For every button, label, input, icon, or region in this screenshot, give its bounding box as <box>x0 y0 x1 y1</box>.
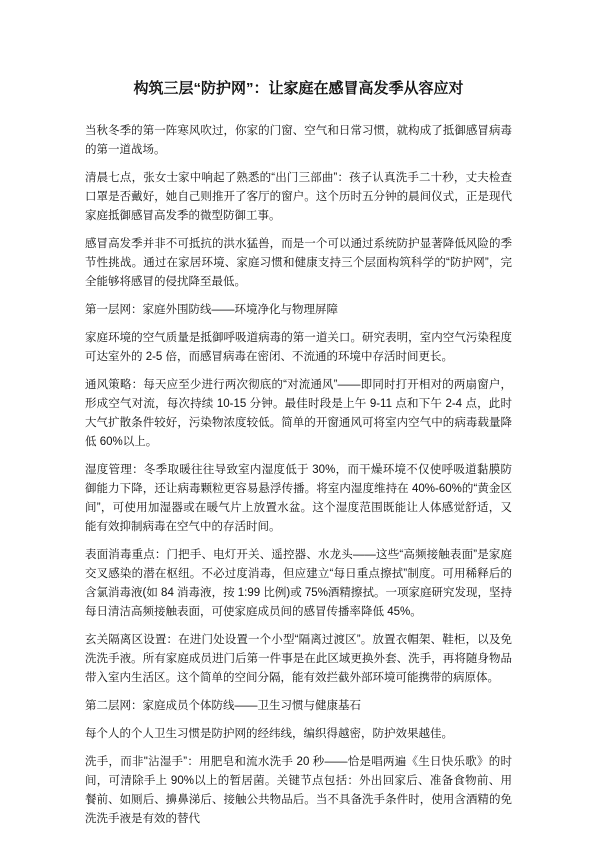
document-page: 构筑三层“防护网”：让家庭在感冒高发季从容应对 当秋冬季的第一阵寒风吹过，你家的… <box>0 0 595 841</box>
paragraph-intro-1: 当秋冬季的第一阵寒风吹过，你家的门窗、空气和日常习惯，就构成了抵御感冒病毒的第一… <box>85 122 512 160</box>
paragraph-intro-3: 感冒高发季并非不可抵抗的洪水猛兽，而是一个可以通过系统防护显著降低风险的季节性挑… <box>85 235 512 292</box>
section-heading-layer-1: 第一层网：家庭外围防线——环境净化与物理屏障 <box>85 301 512 320</box>
section-heading-layer-2: 第二层网：家庭成员个体防线——卫生习惯与健康基石 <box>85 697 512 716</box>
paragraph-ventilation: 通风策略：每天应至少进行两次彻底的“对流通风”——即同时打开相对的两扇窗户，形成… <box>85 376 512 452</box>
paragraph-air-quality: 家庭环境的空气质量是抵御呼吸道病毒的第一道关口。研究表明，室内空气污染程度可达室… <box>85 329 512 367</box>
paragraph-hygiene: 每个人的个人卫生习惯是防护网的经纬线，编织得越密，防护效果越佳。 <box>85 725 512 744</box>
document-title: 构筑三层“防护网”：让家庭在感冒高发季从容应对 <box>85 79 512 99</box>
paragraph-disinfection: 表面消毒重点：门把手、电灯开关、遥控器、水龙头——这些“高频接触表面”是家庭交叉… <box>85 546 512 622</box>
paragraph-handwashing: 洗手，而非"沾湿手”：用肥皂和流水洗手 20 秒——恰是唱两遍《生日快乐歌》的时… <box>85 753 512 829</box>
paragraph-intro-2: 清晨七点，张女士家中响起了熟悉的“出门三部曲”：孩子认真洗手二十秒，丈夫检查口罩… <box>85 169 512 226</box>
paragraph-entryway: 玄关隔离区设置：在进门处设置一个小型“隔离过渡区”。放置衣帽架、鞋柜，以及免洗洗… <box>85 631 512 688</box>
paragraph-humidity: 湿度管理：冬季取暖往往导致室内湿度低于 30%，而干燥环境不仅使呼吸道黏膜防御能… <box>85 461 512 537</box>
